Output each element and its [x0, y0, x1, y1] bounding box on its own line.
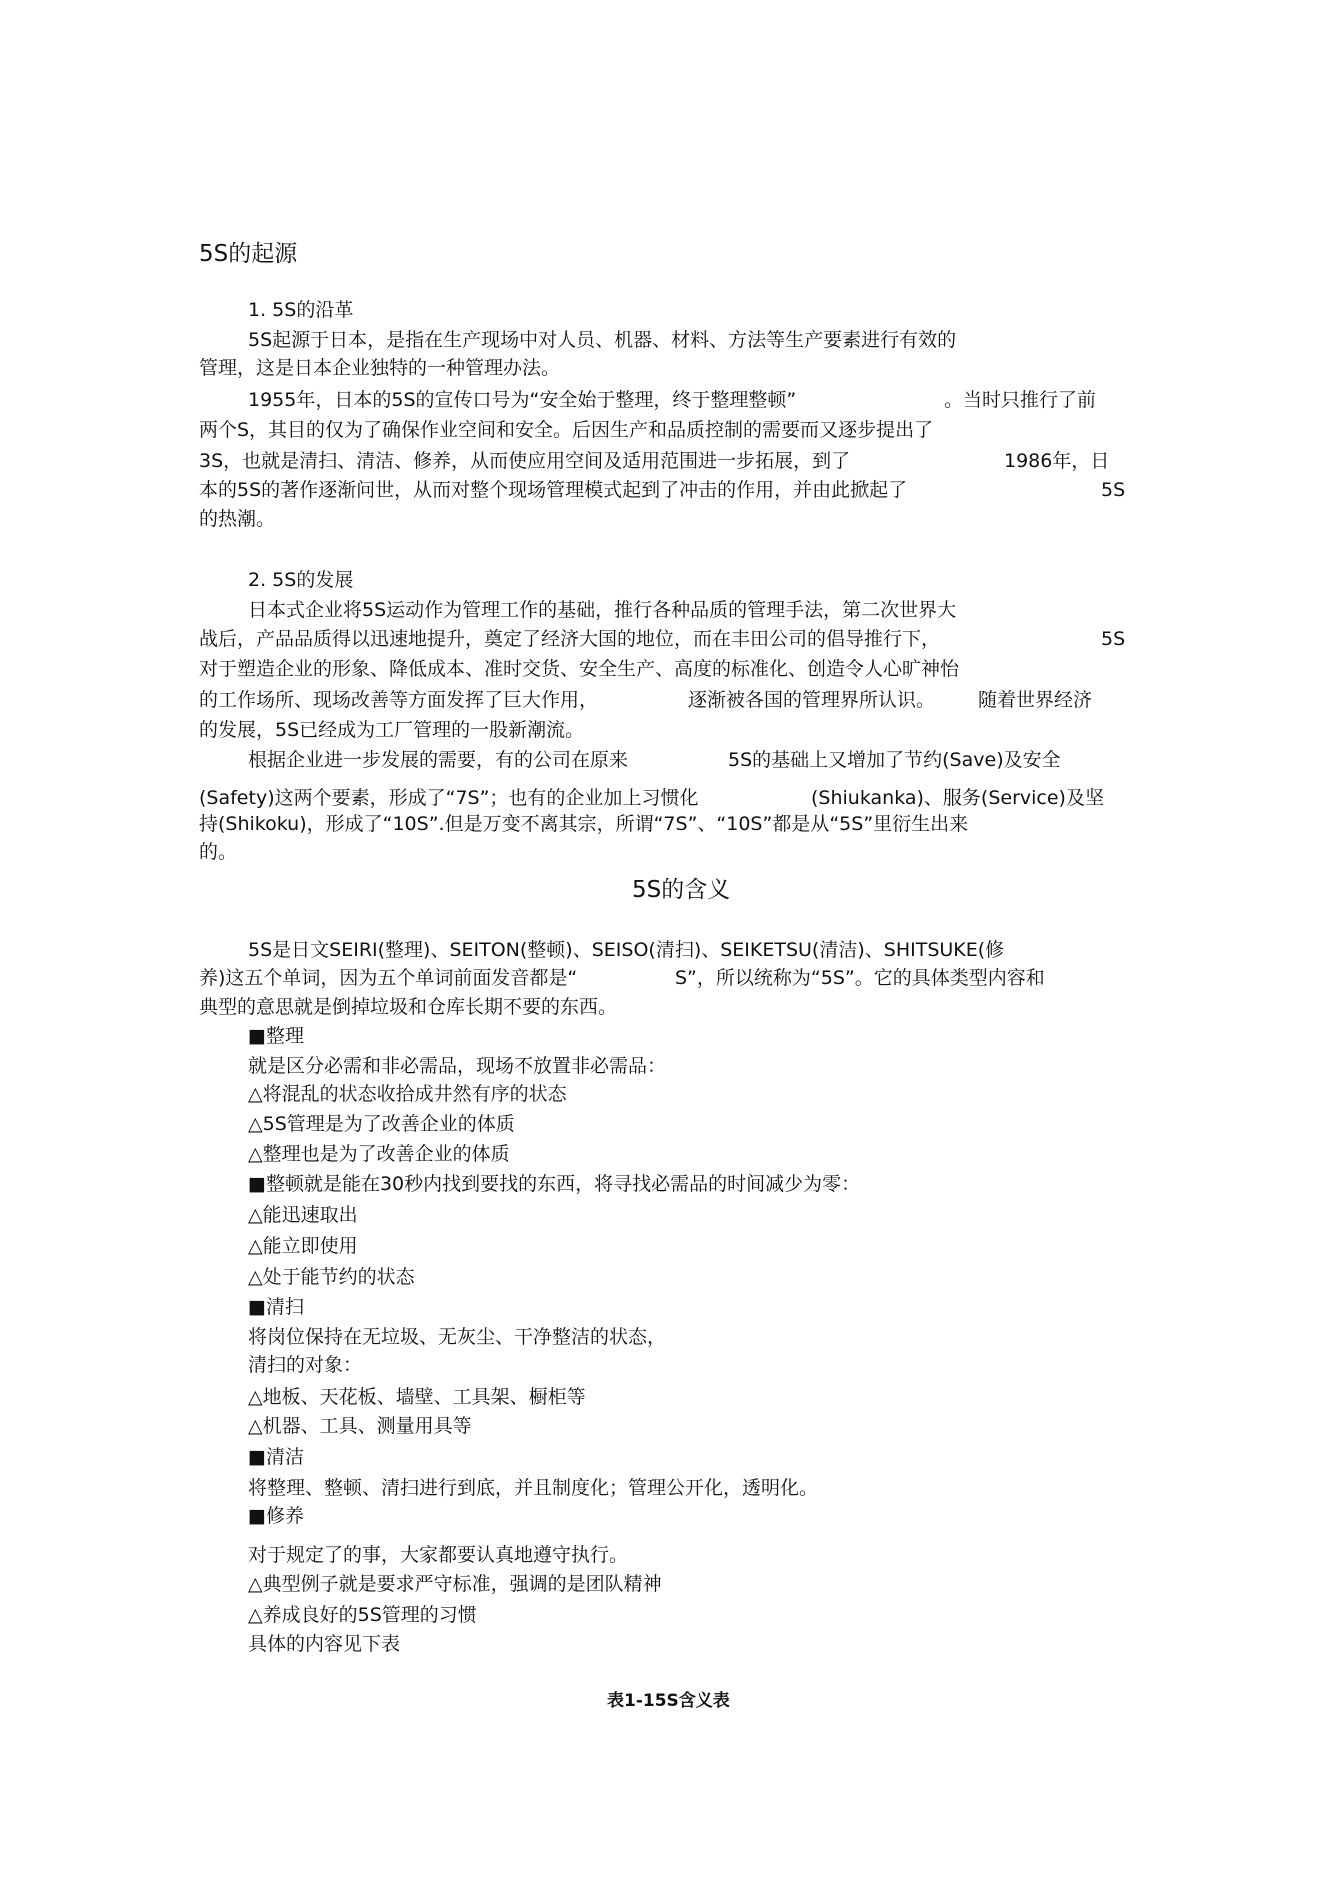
paragraph-line: 。当时只推行了前 [944, 388, 1096, 412]
paragraph-line: 5S起源于日本，是指在生产现场中对人员、机器、材料、方法等生产要素进行有效的 [248, 328, 956, 352]
paragraph-line: (Shiukanka)、服务(Service)及坚 [811, 786, 1104, 810]
list-item: △能迅速取出 [248, 1203, 358, 1227]
document-page: 5S的起源 1. 5S的沿革 5S起源于日本，是指在生产现场中对人员、机器、材料… [0, 0, 1328, 1880]
paragraph-line: 1955年，日本的5S的宣传口号为“安全始于整理，终于整理整顿” [248, 388, 796, 412]
list-item: △将混乱的状态收拾成井然有序的状态 [248, 1082, 567, 1106]
list-item: △地板、天花板、墙壁、工具架、橱柜等 [248, 1385, 586, 1409]
list-item: △处于能节约的状态 [248, 1265, 415, 1289]
list-item: △养成良好的5S管理的习惯 [248, 1603, 477, 1627]
paragraph-line: 管理，这是日本企业独特的一种管理办法。 [199, 356, 560, 380]
subheading-development: 2. 5S的发展 [248, 568, 353, 592]
paragraph-line: 随着世界经济 [978, 688, 1092, 712]
paragraph-line: (Safety)这两个要素，形成了“7S”；也有的企业加上习惯化 [199, 786, 698, 810]
list-item: ■整顿就是能在30秒内找到要找的东西，将寻找必需品的时间减少为零： [248, 1172, 860, 1196]
paragraph-line: 的热潮。 [199, 507, 275, 531]
table-caption: 表1-15S含义表 [607, 1690, 730, 1712]
list-item: △机器、工具、测量用具等 [248, 1414, 472, 1438]
paragraph-line: 的发展，5S已经成为工厂管理的一股新潮流。 [199, 718, 584, 742]
paragraph-line: 5S的基础上又增加了节约(Save)及安全 [728, 748, 1061, 772]
list-item: ■清洁 [248, 1445, 304, 1469]
paragraph-line: 根据企业进一步发展的需要，有的公司在原来 [248, 748, 628, 772]
list-item: ■修养 [248, 1504, 304, 1528]
list-item: 就是区分必需和非必需品，现场不放置非必需品： [248, 1054, 666, 1078]
paragraph-line: 3S，也就是清扫、清洁、修养，从而使应用空间及适用范围进一步拓展，到了 [199, 449, 850, 473]
paragraph-line: 1986年，日 [1004, 449, 1109, 473]
list-item: 对于规定了的事，大家都要认真地遵守执行。 [248, 1543, 628, 1567]
list-item: 具体的内容见下表 [248, 1632, 400, 1656]
paragraph-line: 的。 [199, 840, 237, 864]
paragraph-line: 持(Shikoku)，形成了“10S”.但是万变不离其宗，所谓“7S”、“10S… [199, 812, 968, 836]
paragraph-line: 5S是日文SEIRI(整理)、SEITON(整顿)、SEISO(清扫)、SEIK… [248, 938, 1004, 962]
subheading-history: 1. 5S的沿革 [248, 298, 353, 322]
list-item: △5S管理是为了改善企业的体质 [248, 1112, 515, 1136]
paragraph-line: 典型的意思就是倒掉垃圾和仓库长期不要的东西。 [199, 995, 617, 1019]
paragraph-line: 本的5S的著作逐渐问世，从而对整个现场管理模式起到了冲击的作用，并由此掀起了 [199, 478, 907, 502]
list-item: 将整理、整顿、清扫进行到底，并且制度化；管理公开化，透明化。 [248, 1476, 818, 1500]
list-item: △典型例子就是要求严守标准，强调的是团队精神 [248, 1572, 662, 1596]
list-item: ■清扫 [248, 1295, 304, 1319]
list-item: △能立即使用 [248, 1234, 358, 1258]
paragraph-line: 5S [1101, 478, 1125, 502]
list-item: 清扫的对象： [248, 1353, 362, 1377]
paragraph-line: 5S [1101, 627, 1125, 651]
paragraph-line: 日本式企业将5S运动作为管理工作的基础，推行各种品质的管理手法，第二次世界大 [248, 598, 956, 622]
paragraph-line: 对于塑造企业的形象、降低成本、准时交货、安全生产、高度的标准化、创造令人心旷神怡 [199, 657, 959, 681]
list-item: 将岗位保持在无垃圾、无灰尘、干净整洁的状态， [248, 1325, 666, 1349]
paragraph-line: S”，所以统称为“5S”。它的具体类型内容和 [675, 966, 1045, 990]
list-item: ■整理 [248, 1024, 304, 1048]
section-title-origin: 5S的起源 [199, 240, 297, 268]
paragraph-line: 的工作场所、现场改善等方面发挥了巨大作用， [199, 688, 598, 712]
paragraph-line: 两个S，其目的仅为了确保作业空间和安全。后因生产和品质控制的需要而又逐步提出了 [199, 418, 933, 442]
paragraph-line: 逐渐被各国的管理界所认识。 [688, 688, 935, 712]
paragraph-line: 养)这五个单词，因为五个单词前面发音都是“ [199, 966, 577, 990]
list-item: △整理也是为了改善企业的体质 [248, 1142, 510, 1166]
section-title-meaning: 5S的含义 [632, 876, 730, 904]
paragraph-line: 战后，产品品质得以迅速地提升，奠定了经济大国的地位，而在丰田公司的倡导推行下， [199, 627, 940, 651]
